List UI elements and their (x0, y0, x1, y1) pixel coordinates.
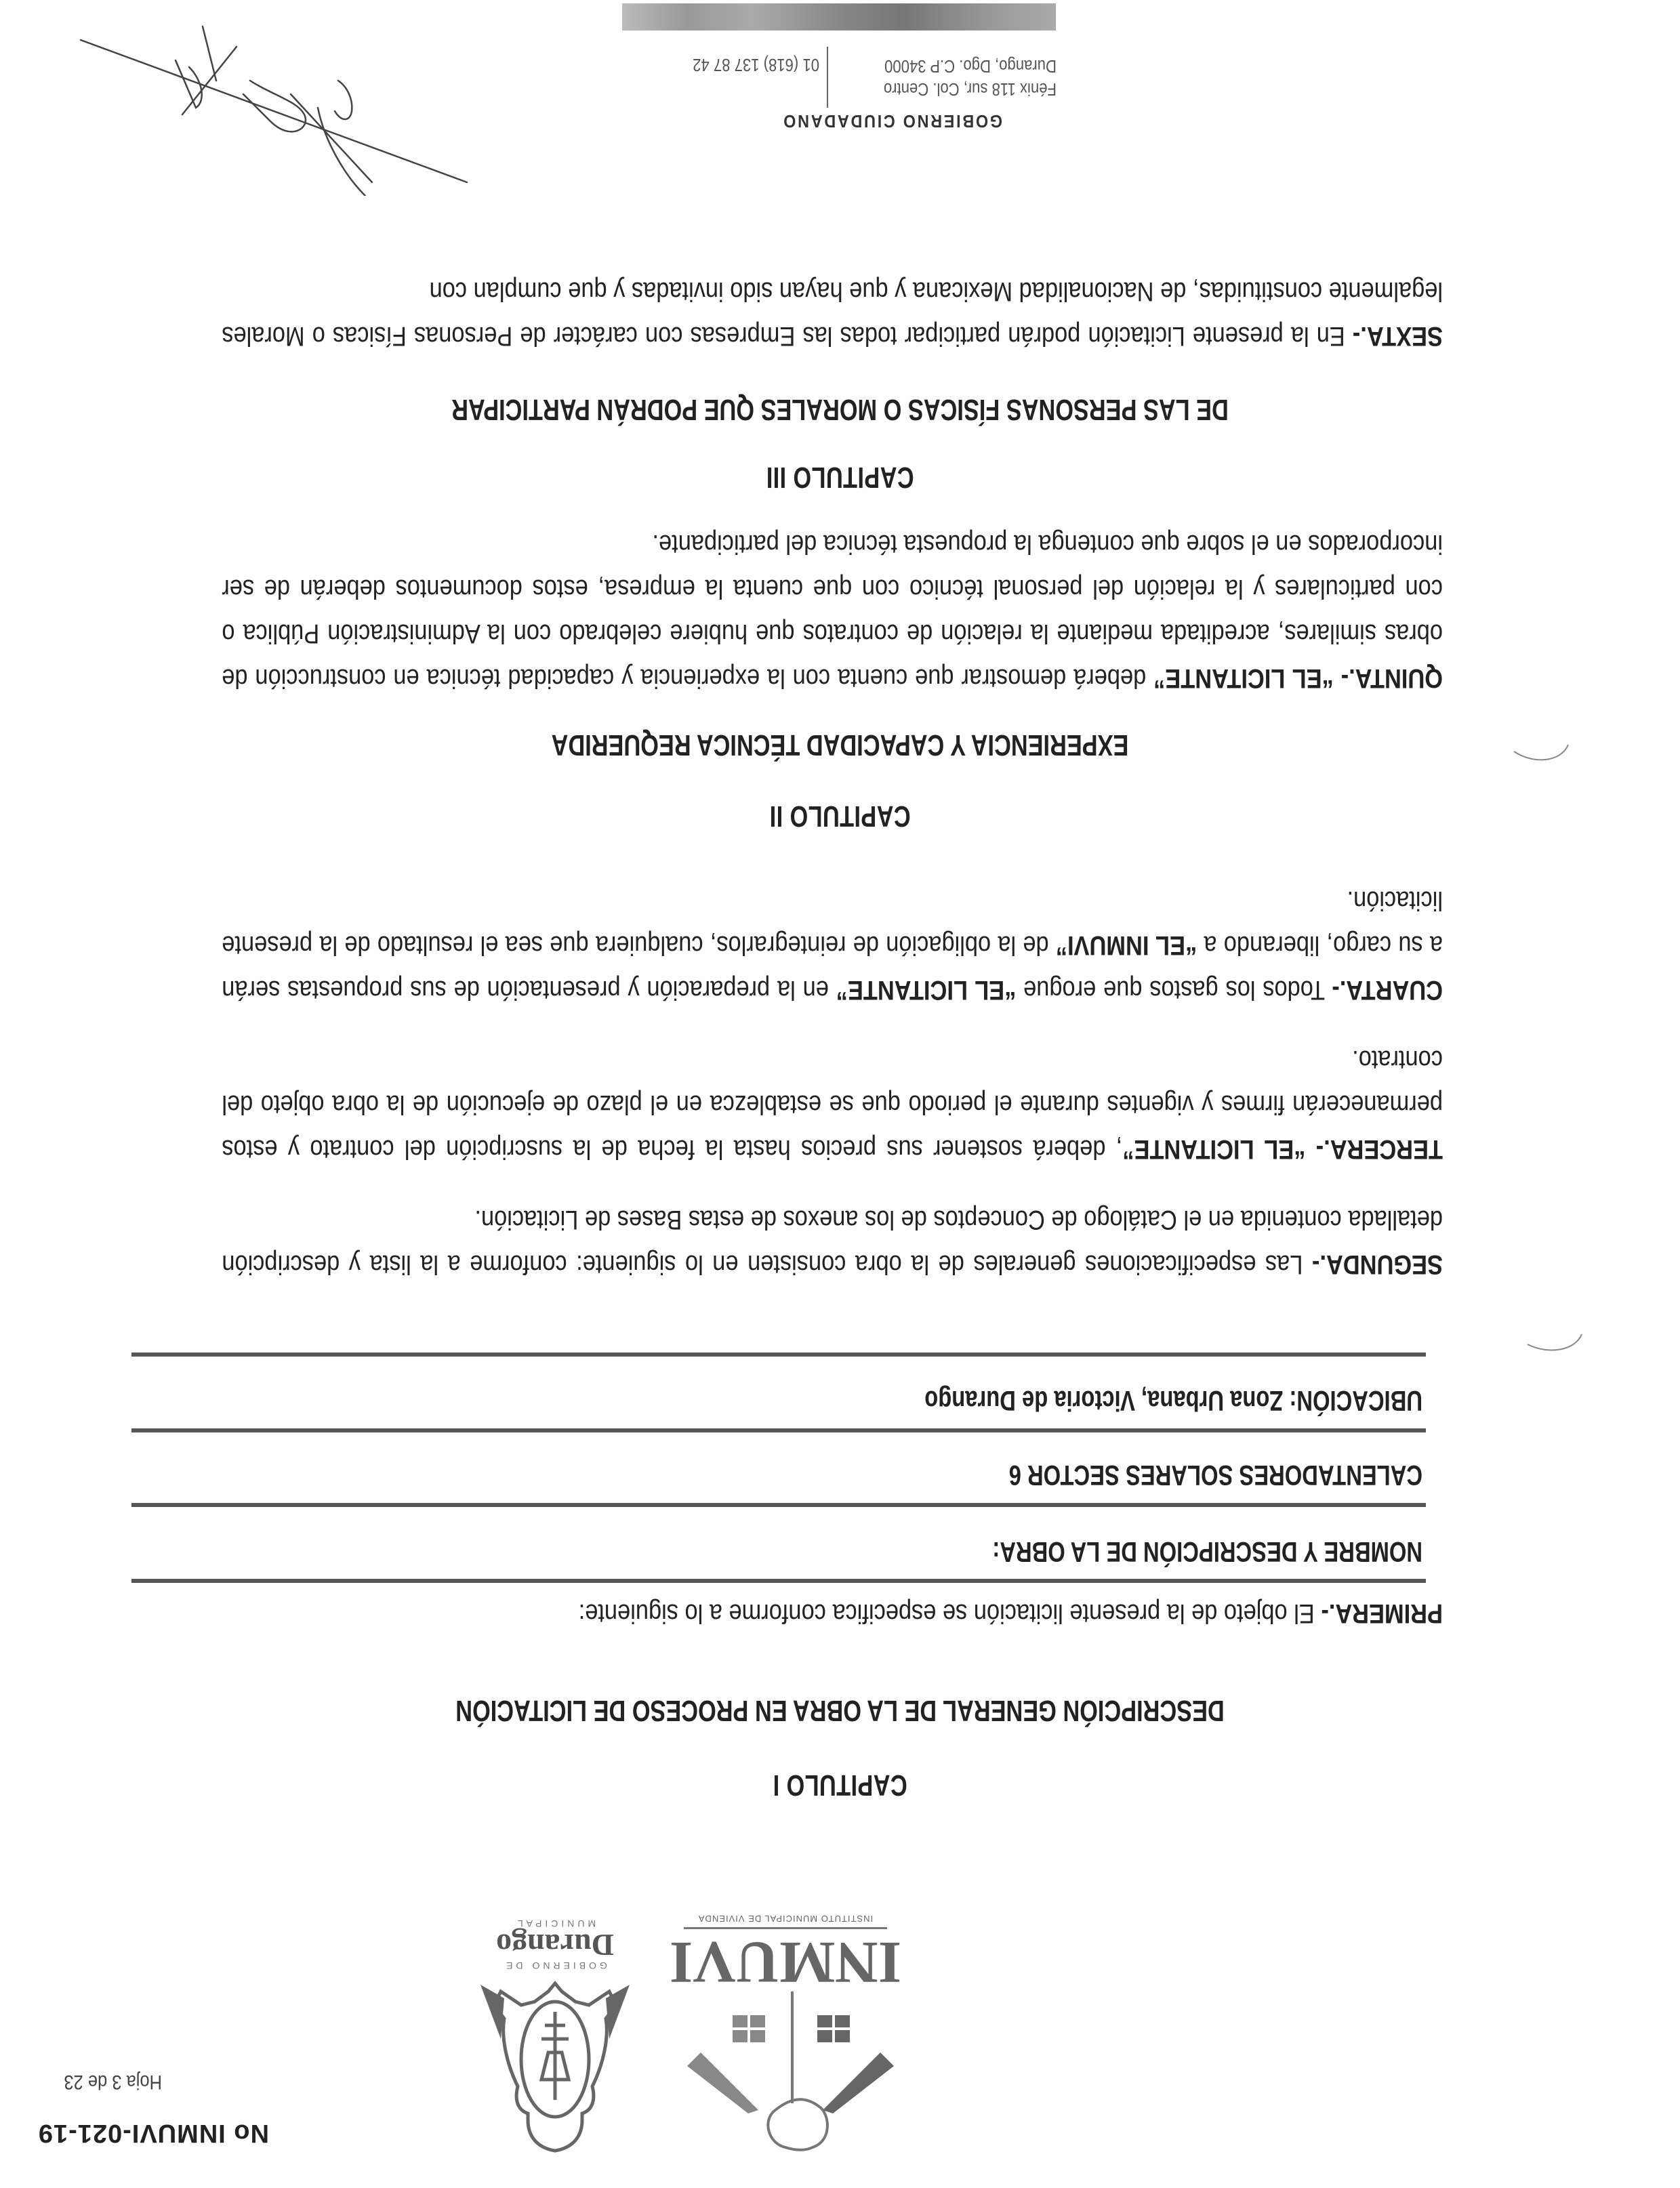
field-ubicacion-label: UBICACIÓN: (1289, 1385, 1422, 1417)
field-nombre-label: NOMBRE Y DESCRIPCIÓN DE LA OBRA: (992, 1535, 1422, 1568)
clause-segunda: SEGUNDA.- Las especificaciones generales… (222, 1197, 1443, 1287)
document-number: No INMUVI-021-19 (38, 2118, 269, 2147)
inmuvi-logo-name: INMUVI (663, 1932, 907, 1991)
inmuvi-logo-subtitle: INSTITUTO MUNICIPAL DE VIVIENDA (663, 1914, 907, 1924)
clause-tercera: TERCERA.- “EL LICITANTE”, deberá sostene… (222, 1037, 1443, 1172)
field-line (131, 1428, 1426, 1432)
footer-separator (827, 47, 828, 108)
clause-label: SEXTA.- (1353, 321, 1443, 351)
durango-logo-name: Durango (467, 1929, 643, 1960)
field-ubicacion-value: Zona Urbana, Victoria de Durango (924, 1385, 1283, 1417)
durango-logo-bottom: MUNICIPAL (467, 1918, 643, 1929)
clause-label: CUARTA.- (1332, 975, 1443, 1005)
inmuvi-house-icon (663, 1985, 907, 2161)
clause-text: El objeto de la presente licitación se e… (579, 1598, 1322, 1628)
field-line (131, 1579, 1426, 1583)
footer-address-line: Durango, Dgo. C.P 34000 (884, 55, 1057, 78)
clause-text: Todos los gastos que erogue (1016, 975, 1332, 1005)
durango-logo: GOBIERNO DE Durango MUNICIPAL (453, 1917, 657, 2161)
footer-address-line: Fénix 118 sur, Col. Centro (884, 78, 1057, 101)
signature-icon (54, 20, 474, 196)
document-page: No INMUVI-021-19 Hoja 3 de 23 GOBIERNO D… (0, 0, 1680, 2188)
field-line (131, 1353, 1426, 1357)
chapter-3-subtitle: DE LAS PERSONAS FÍSICAS O MORALES QUE PO… (185, 392, 1496, 426)
chapter-1-subtitle: DESCRIPCIÓN GENERAL DE LA OBRA EN PROCES… (185, 1693, 1496, 1727)
punch-hole-mark (1511, 738, 1572, 765)
clause-label: PRIMERA.- (1321, 1598, 1443, 1628)
clause-label: SEGUNDA.- (1312, 1250, 1443, 1279)
clause-cuarta: CUARTA.- Todos los gastos que erogue “EL… (222, 878, 1443, 1012)
footer-org: GOBIERNO CIUDADANO (781, 110, 1002, 131)
clause-sexta: SEXTA.- En la presente Licitación podrán… (222, 269, 1443, 358)
party-name: “EL LICITANTE” (1122, 1134, 1305, 1164)
chapter-2-subtitle: EXPERIENCIA Y CAPACIDAD TÉCNICA REQUERID… (185, 728, 1496, 762)
clause-text: En la presente Licitación podrán partici… (222, 276, 1443, 351)
footer-address: Fénix 118 sur, Col. Centro Durango, Dgo.… (884, 55, 1057, 101)
clause-label: TERCERA.- (1316, 1134, 1443, 1164)
chapter-3-title: CAPITULO III (185, 460, 1496, 494)
punch-hole-mark (1524, 1327, 1585, 1355)
chapter-2-title: CAPITULO II (185, 799, 1496, 833)
field-ubicacion: UBICACIÓN: Zona Urbana, Victoria de Dura… (924, 1384, 1422, 1417)
party-name: “EL LICITANTE” (1153, 663, 1334, 693)
clause-primera: PRIMERA.- El objeto de la presente licit… (222, 1591, 1443, 1636)
field-obra-nombre: CALENTADORES SOLARES SECTOR 6 (1009, 1459, 1422, 1491)
clause-quinta: QUINTA.- “EL LICITANTE” deberá demostrar… (222, 522, 1443, 701)
clause-text: Las especificaciones generales de la obr… (222, 1205, 1443, 1279)
clause-label: QUINTA.- (1341, 663, 1443, 693)
field-line (131, 1503, 1426, 1507)
party-name: “EL INMUVI” (1056, 930, 1197, 960)
chapter-1-title: CAPITULO I (185, 1768, 1496, 1802)
footer-phone: 01 (618) 137 87 42 (693, 54, 819, 75)
party-name: “EL LICITANTE” (836, 975, 1017, 1005)
inmuvi-logo: INMUVI INSTITUTO MUNICIPAL DE VIVIENDA (663, 1903, 907, 2161)
footer-color-bar (622, 3, 1056, 30)
page-counter: Hoja 3 de 23 (64, 2070, 162, 2093)
